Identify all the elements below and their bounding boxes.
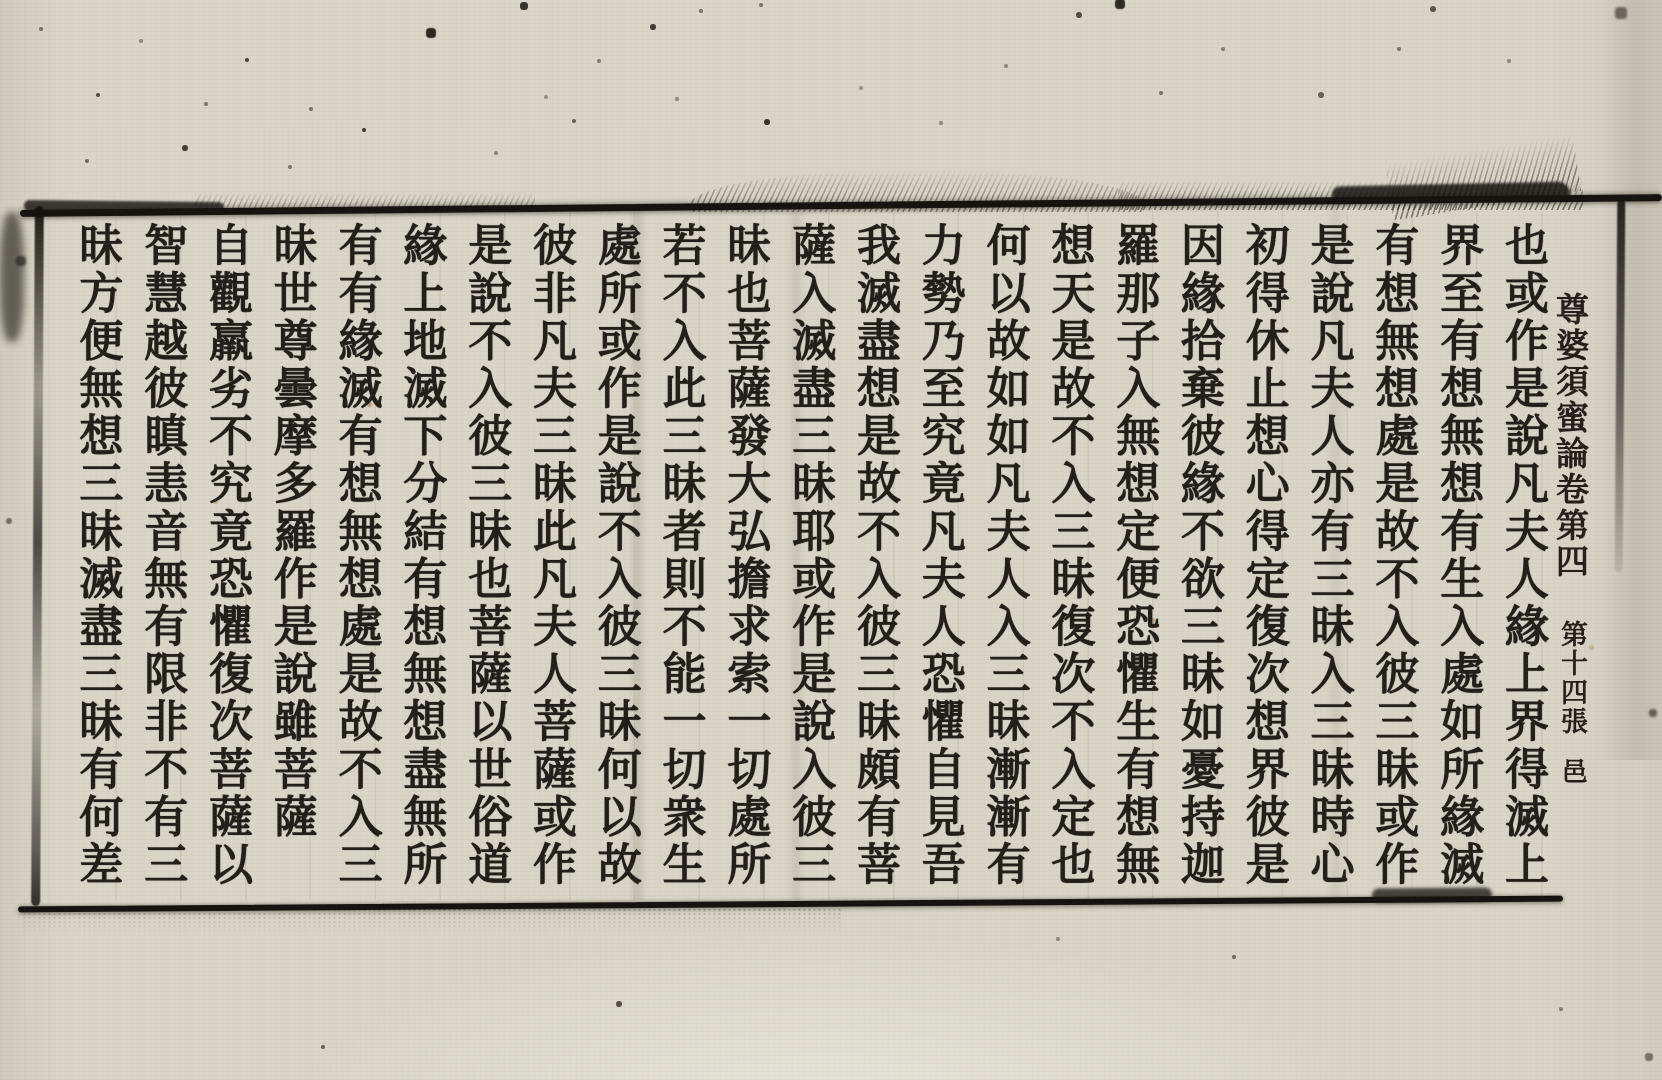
scanned-page: 也或作是說凡夫人緣上界得滅上界至有想無想有生入處如所緣滅有想無想處是故不入彼三昧…	[0, 0, 1662, 1080]
collation-mark: 邑	[1555, 758, 1591, 784]
text-column-14: 若不入此三昧者則不能一切衆生	[651, 222, 709, 918]
volume-title: 尊婆須蜜論卷第四	[1547, 292, 1593, 622]
text-column-20: 昧世尊曇摩多羅作是說雖菩薩	[262, 222, 320, 918]
text-column-16: 彼非凡夫三昧此凡夫人菩薩或作	[521, 222, 579, 918]
text-column-5: 初得休止想心得定復次想界彼是	[1234, 222, 1292, 918]
text-column-23: 昧方便無想三昧滅盡三昧有何差	[67, 222, 125, 918]
text-column-22: 智慧越彼瞋恚音無有限非不有三	[132, 222, 190, 918]
text-column-4: 是說凡夫人亦有三昧入三昧時心	[1299, 222, 1357, 918]
text-column-15: 處所或作是說不入彼三昧何以故	[586, 222, 644, 918]
text-column-1: 也或作是說凡夫人緣上界得滅上	[1493, 222, 1551, 918]
text-column-21: 自觀羸劣不究竟恐懼復次菩薩以	[197, 222, 255, 918]
text-column-9: 何以故如如凡夫人入三昧漸漸有	[975, 222, 1033, 918]
text-column-10: 力勢乃至究竟凡夫人恐懼自見吾	[910, 222, 968, 918]
text-column-8: 想天是故不入三昧復次不入定也	[1039, 222, 1097, 918]
text-column-6: 因緣拾棄彼緣不欲三昧如憂持迦	[1169, 222, 1227, 918]
page-edge-shadow	[1598, 0, 1662, 760]
sheet-number-label: 第十四張	[1551, 620, 1591, 750]
text-column-3: 有想無想處是故不入彼三昧或作	[1363, 222, 1421, 918]
text-column-17: 是說不入彼三昧也菩薩以世俗道	[456, 222, 514, 918]
left-border-rule	[31, 206, 44, 906]
text-column-2: 界至有想無想有生入處如所緣滅	[1428, 222, 1486, 918]
text-column-11: 我滅盡想是故不入彼三昧頗有菩	[845, 222, 903, 918]
text-column-18: 緣上地滅下分結有想無想盡無所	[391, 222, 449, 918]
text-column-13: 昧也菩薩發大弘擔求索一切處所	[715, 222, 773, 918]
left-edge-ink-blotch	[0, 212, 24, 342]
text-column-19: 有有緣滅有想無想處是故不入三	[327, 222, 385, 918]
text-column-12: 薩入滅盡三昧耶或作是說入彼三	[780, 222, 838, 918]
text-column-7: 羅那子入無想定便恐懼生有想無	[1104, 222, 1162, 918]
rust-stains	[0, 0, 3, 3]
